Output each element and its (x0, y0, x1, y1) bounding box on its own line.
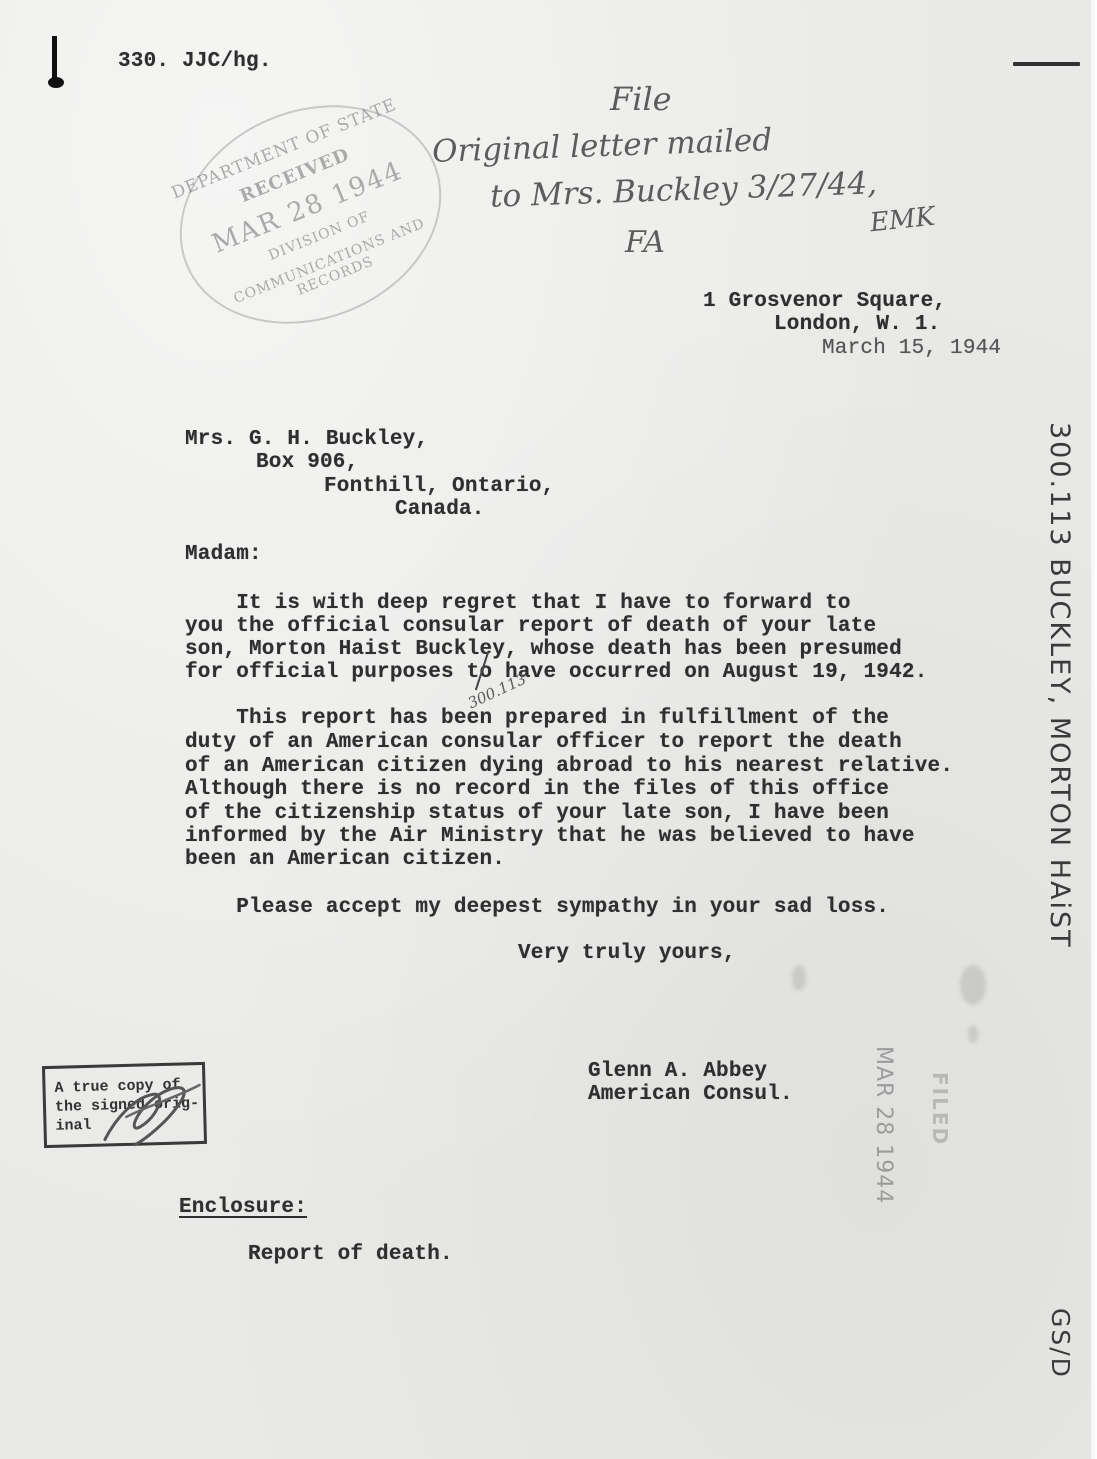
page-edge (1091, 0, 1097, 1459)
paragraph-line: of an American citizen dying abroad to h… (185, 755, 953, 779)
paragraph-line: informed by the Air Ministry that he was… (185, 825, 915, 849)
code-label: GS/D (1046, 1308, 1075, 1379)
handwritten-mailed-to: to Mrs. Buckley 3/27/44, (489, 165, 877, 214)
paragraph-line: been an American citizen. (185, 848, 505, 872)
recipient-country: Canada. (395, 498, 485, 522)
letter-date: March 15, 1944 (822, 337, 1001, 361)
paragraph-line: duty of an American consular officer to … (185, 731, 902, 755)
paragraph-line: Although there is no record in the files… (185, 778, 889, 802)
sender-address-line2: London, W. 1. (774, 313, 940, 337)
filing-mark (52, 36, 57, 82)
signature-title: American Consul. (588, 1083, 793, 1107)
handwritten-file: File (610, 80, 672, 118)
handwritten-initials: EMK (869, 202, 937, 239)
recipient-city: Fonthill, Ontario, (324, 475, 554, 499)
recipient-name: Mrs. G. H. Buckley, (185, 428, 428, 452)
file-index-label: 300.113 BUCKLEY, MORTON HAiST (1044, 422, 1075, 949)
letter-page: 330. JJC/hg. DEPARTMENT OF STATE RECEIVE… (0, 0, 1097, 1459)
recipient-box: Box 906, (256, 451, 358, 475)
paragraph-line: son, Morton Haist Buckley, whose death h… (185, 638, 902, 662)
filed-label-stamp: FILED (928, 1072, 952, 1146)
handwritten-mark: FA (625, 225, 665, 260)
ink-smudge (792, 965, 806, 991)
body-paragraph-3: Please accept my deepest sympathy in you… (185, 896, 889, 920)
corner-mark (1013, 62, 1080, 66)
closing: Very truly yours, (518, 942, 736, 966)
true-copy-stamp: A true copy of the signed orig- inal (42, 1062, 207, 1148)
handwritten-original-letter: Original letter mailed (431, 122, 772, 170)
ink-smudge (960, 965, 986, 1005)
file-reference: 330. JJC/hg. (118, 50, 272, 74)
initials-scribble-icon (95, 1075, 207, 1148)
enclosure-item: Report of death. (248, 1243, 453, 1267)
paragraph-line: of the citizenship status of your late s… (185, 802, 889, 826)
paragraph-line: for official purposes to have occurred o… (185, 661, 928, 685)
filed-date-stamp: MAR 28 1944 (871, 1046, 896, 1204)
paragraph-line: It is with deep regret that I have to fo… (185, 592, 851, 616)
enclosure-label: Enclosure: (179, 1196, 307, 1220)
sender-address-line1: 1 Grosvenor Square, (703, 290, 946, 314)
paragraph-line: This report has been prepared in fulfill… (185, 707, 889, 731)
paragraph-line: you the official consular report of deat… (185, 615, 876, 639)
received-stamp: DEPARTMENT OF STATE RECEIVED MAR 28 1944… (147, 67, 475, 362)
ink-smudge (968, 1025, 978, 1043)
signature-name: Glenn A. Abbey (588, 1060, 767, 1084)
salutation: Madam: (185, 543, 262, 567)
